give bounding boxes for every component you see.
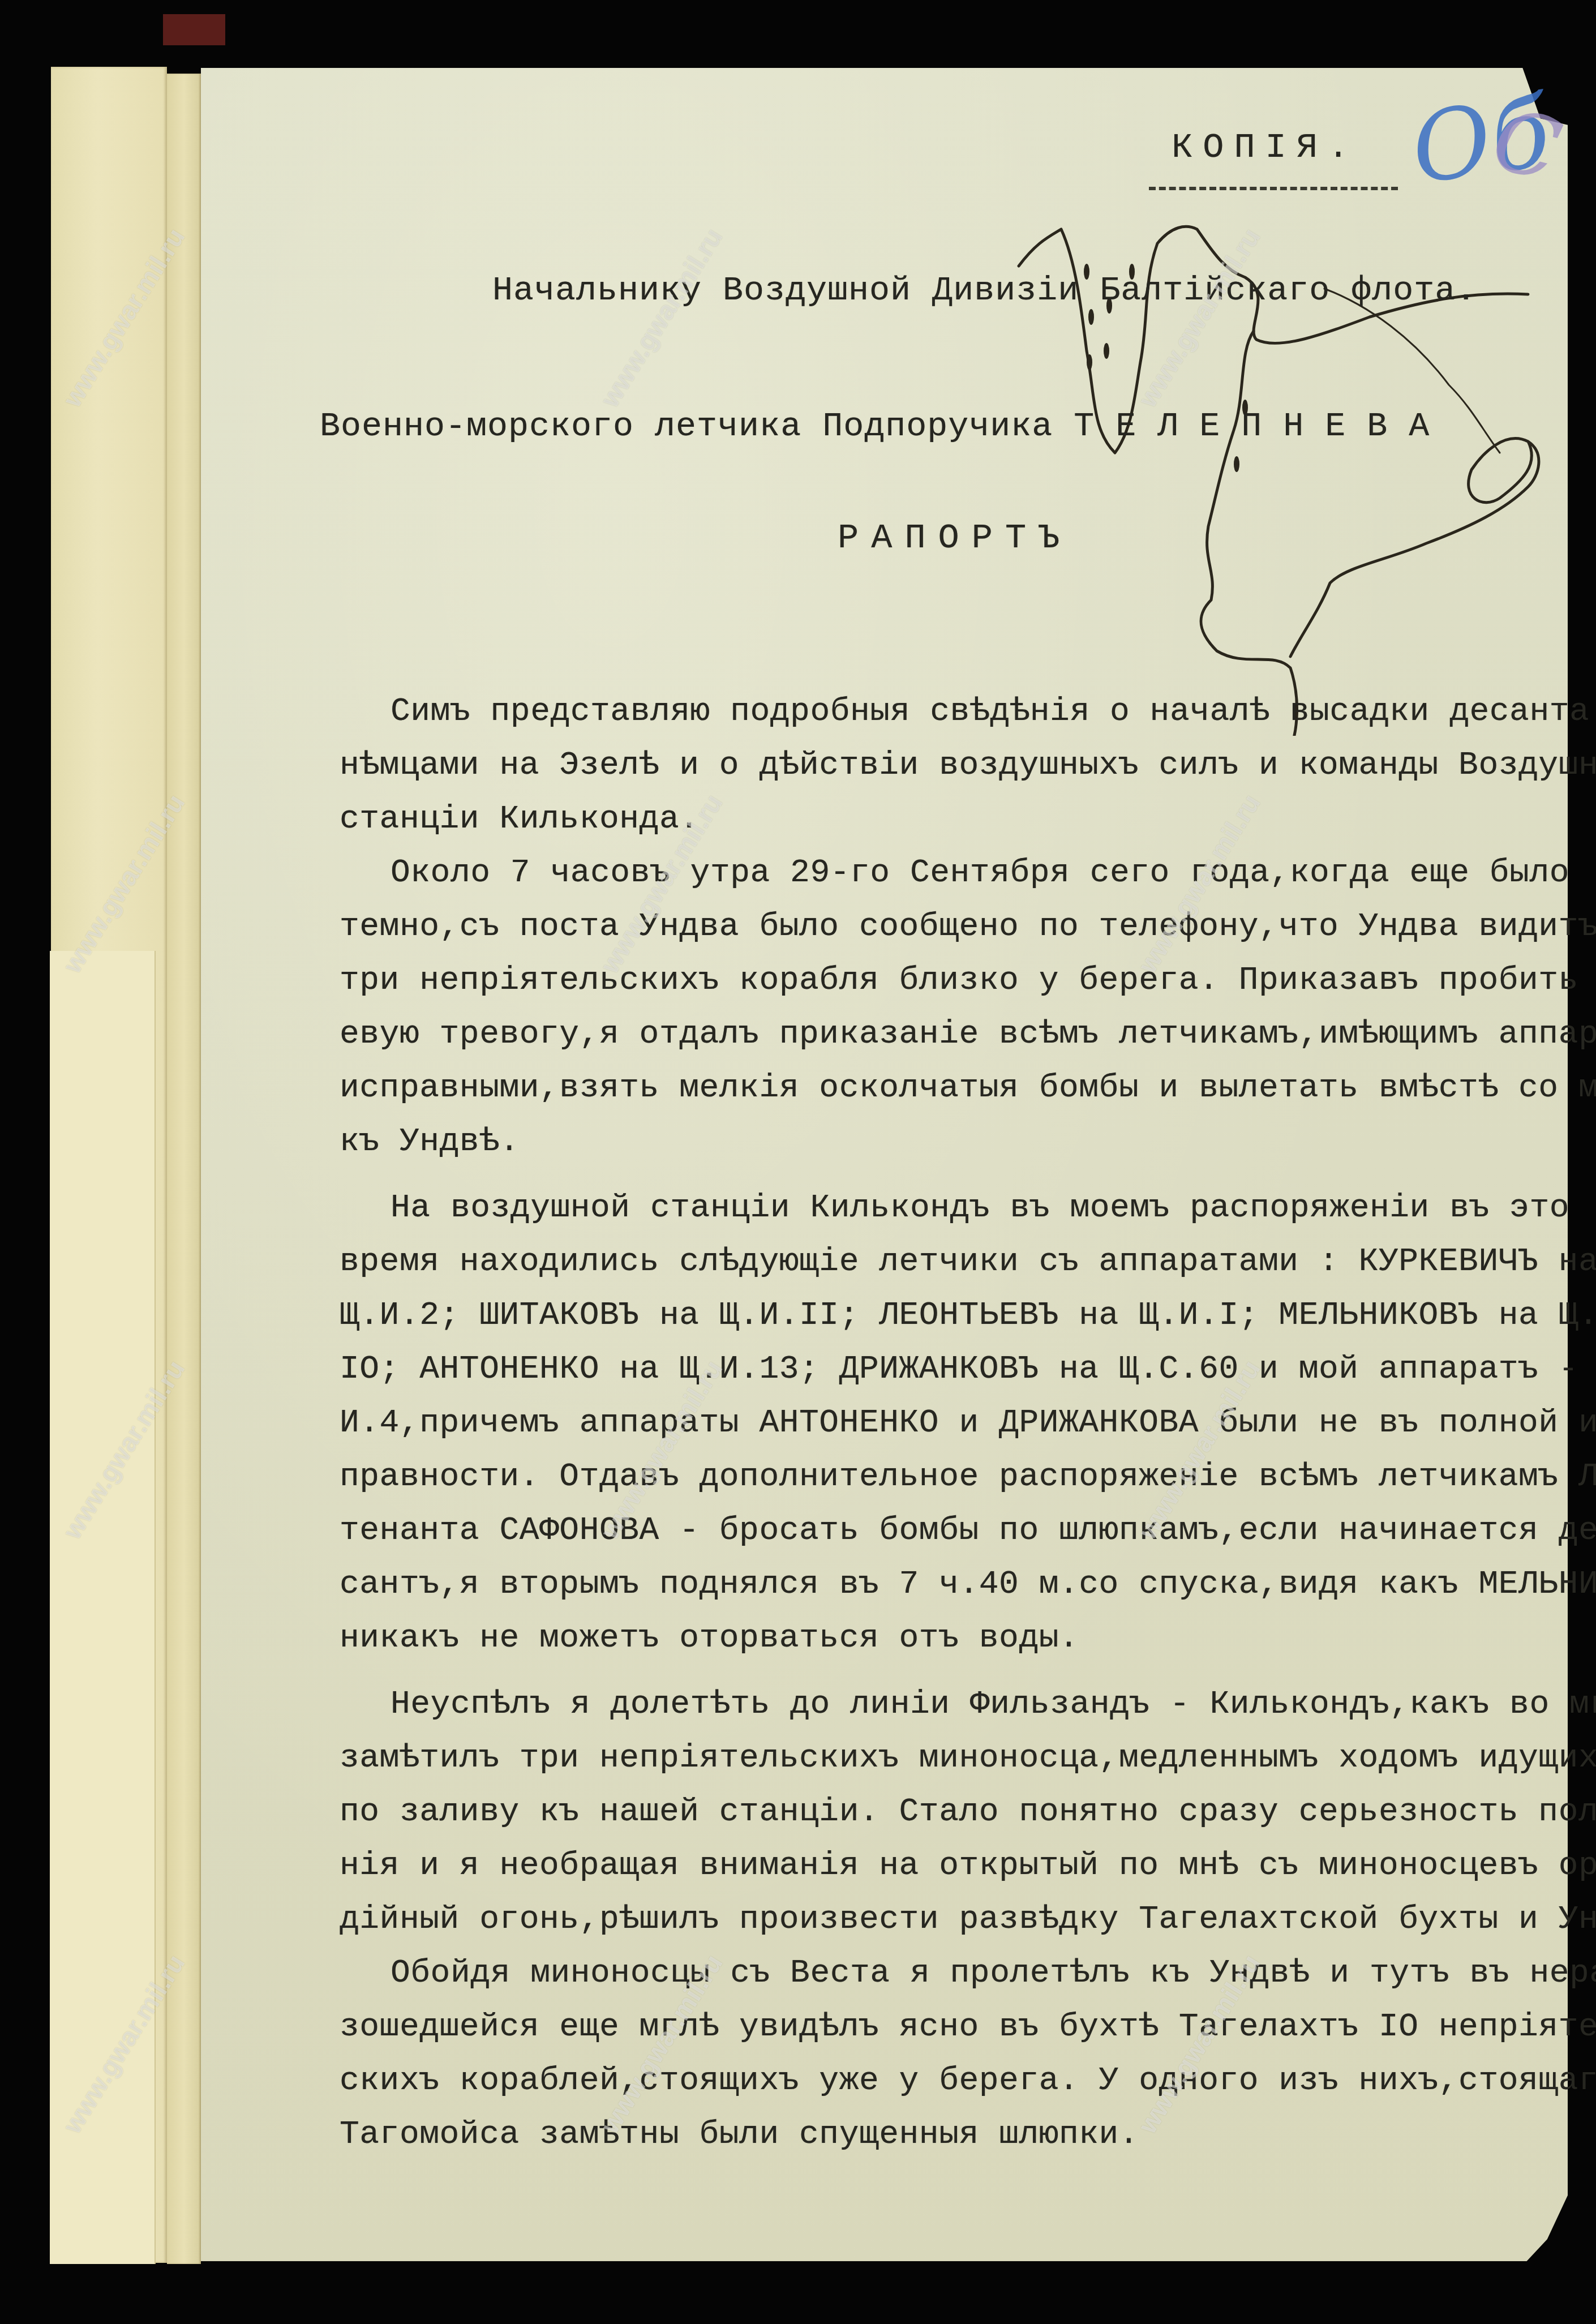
body-line: евую тревогу,я отдалъ приказаніе всѣмъ л… xyxy=(340,1016,1539,1070)
body-line: сантъ,я вторымъ поднялся въ 7 ч.40 м.со … xyxy=(340,1566,1539,1620)
body-line: И.4,причемъ аппараты АНТОНЕНКО и ДРИЖАНК… xyxy=(340,1405,1539,1459)
body-line: время находились слѣдующіе летчики съ ап… xyxy=(340,1244,1539,1297)
body-line: исправными,взять мелкія осколчатыя бомбы… xyxy=(340,1070,1539,1124)
body-line: къ Ундвѣ. xyxy=(340,1124,1539,1177)
body-line: Щ.И.2; ШИТАКОВЪ на Щ.И.II; ЛЕОНТЬЕВЪ на … xyxy=(340,1297,1539,1351)
sender-heading: Военно-морского летчика Подпоручика Т Е … xyxy=(320,408,1430,446)
report-title: РАПОРТЪ xyxy=(838,518,1072,558)
binding-inner-strip xyxy=(167,74,201,2264)
body-line: Обойдя миноносцы съ Веста я пролетѣлъ къ… xyxy=(340,1955,1539,2009)
copy-mark: КОПІЯ. xyxy=(1172,127,1359,168)
body-line: На воздушной станціи Килькондъ въ моемъ … xyxy=(340,1190,1539,1244)
body-line: Около 7 часовъ утра 29-го Сентября сего … xyxy=(340,855,1539,908)
body-line: нѣмцами на Эзелѣ и о дѣйствіи воздушныхъ… xyxy=(340,747,1539,801)
body-line: Симъ представляю подробныя свѣдѣнія о на… xyxy=(340,693,1539,747)
body-line: замѣтилъ три непріятельскихъ миноносца,м… xyxy=(340,1740,1539,1794)
copy-mark-underline xyxy=(1149,187,1398,190)
body-line: нія и я необращая вниманія на открытый п… xyxy=(340,1847,1539,1901)
body-line: правности. Отдавъ дополнительное распоря… xyxy=(340,1459,1539,1512)
body-line: три непріятельскихъ корабля близко у бер… xyxy=(340,962,1539,1016)
report-body: Симъ представляю подробныя свѣдѣнія о на… xyxy=(340,693,1539,2170)
body-line: зошедшейся еще мглѣ увидѣлъ ясно въ бухт… xyxy=(340,2009,1539,2063)
body-line: скихъ кораблей,стоящихъ уже у берега. У … xyxy=(340,2063,1539,2116)
body-line: Тагомойса замѣтны были спущенныя шлюпки. xyxy=(340,2116,1539,2170)
body-line: дійный огонь,рѣшилъ произвести развѣдку … xyxy=(340,1901,1539,1955)
body-line: тенанта САФОНОВА - бросать бомбы по шлюп… xyxy=(340,1512,1539,1566)
body-line: темно,съ поста Ундва было сообщено по те… xyxy=(340,908,1539,962)
body-line: никакъ не можетъ оторваться отъ воды. xyxy=(340,1620,1539,1674)
body-line: IO; АНТОНЕНКО на Щ.И.13; ДРИЖАНКОВЪ на Щ… xyxy=(340,1351,1539,1405)
recipient-heading: Начальнику Воздушной Дивизіи Балтійскаго… xyxy=(492,272,1477,310)
body-line: Неуспѣлъ я долетѣть до линіи Фильзандъ -… xyxy=(340,1686,1539,1740)
body-line: по заливу къ нашей станціи. Стало понятн… xyxy=(340,1794,1539,1847)
binding-lower-strip xyxy=(50,951,156,2264)
spine-top-leather xyxy=(163,14,225,45)
body-line: станціи Кильконда. xyxy=(340,801,1539,855)
